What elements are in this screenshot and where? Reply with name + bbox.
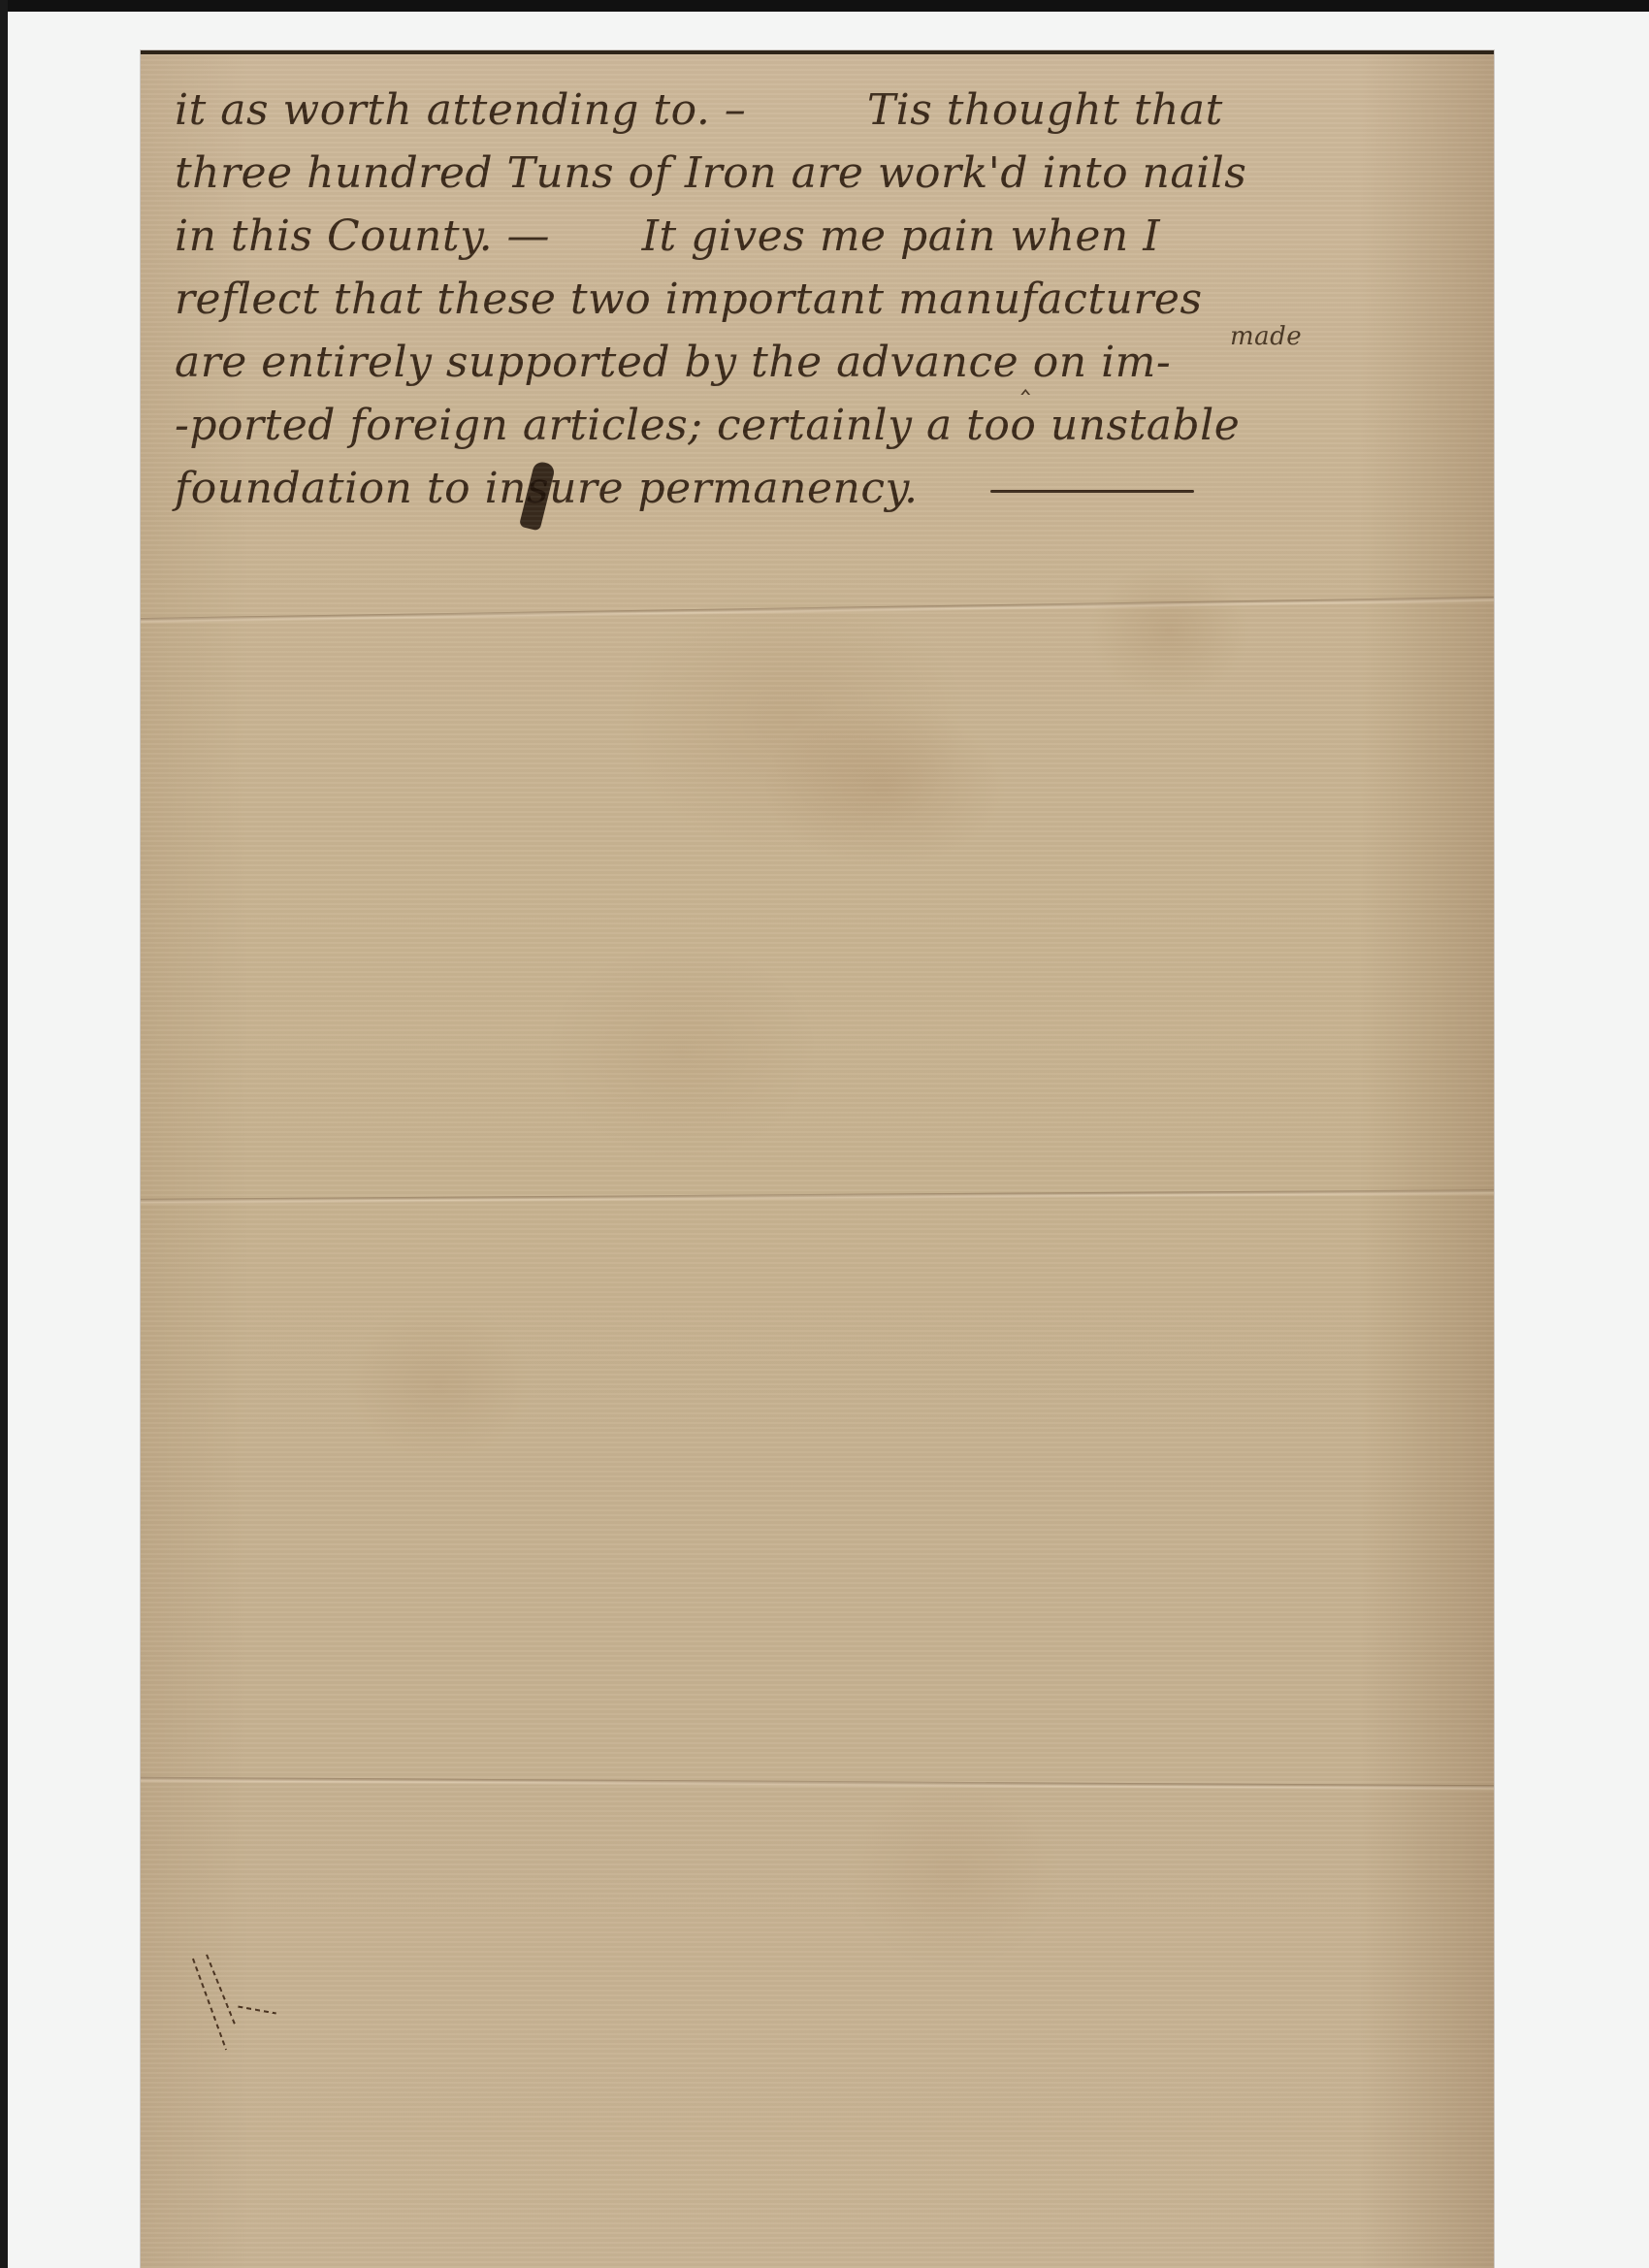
scanner-border-left — [0, 0, 8, 2268]
interlinear-insertion: made — [1230, 306, 1302, 369]
line-text: are entirely supported by the advance — [175, 331, 1018, 394]
scanner-border-top — [0, 0, 1649, 12]
text-line: in this County. — It gives me pain when … — [175, 205, 1484, 268]
text-line: -ported foreign articles; certainly a to… — [175, 394, 1484, 457]
text-line: foundation to insure permanency. — [175, 457, 1484, 520]
line-text: three hundred Tuns of Iron are work'd in… — [175, 142, 1246, 205]
line-text: reflect that these two important manufac… — [175, 268, 1203, 331]
fold-crease — [141, 597, 1494, 624]
line-text: in this County. — — [175, 205, 550, 268]
line-text: Tis thought that — [867, 79, 1223, 142]
text-line: three hundred Tuns of Iron are work'd in… — [175, 142, 1484, 205]
text-line: made are entirely supported by the advan… — [175, 331, 1484, 394]
fold-crease — [141, 1777, 1494, 1792]
line-text: it as worth attending to. – — [175, 79, 746, 142]
line-text: -ported foreign articles; certainly a to… — [175, 394, 1240, 457]
closing-rule — [990, 490, 1194, 493]
letter-page: it as worth attending to. – Tis thought … — [141, 50, 1494, 2268]
text-line: it as worth attending to. – Tis thought … — [175, 79, 1484, 142]
line-text: It gives me pain when I — [642, 205, 1161, 268]
pencil-mark — [199, 1956, 286, 2072]
line-text: on im- — [1033, 331, 1171, 394]
handwritten-text: it as worth attending to. – Tis thought … — [175, 79, 1484, 520]
fold-crease — [141, 1189, 1494, 1205]
